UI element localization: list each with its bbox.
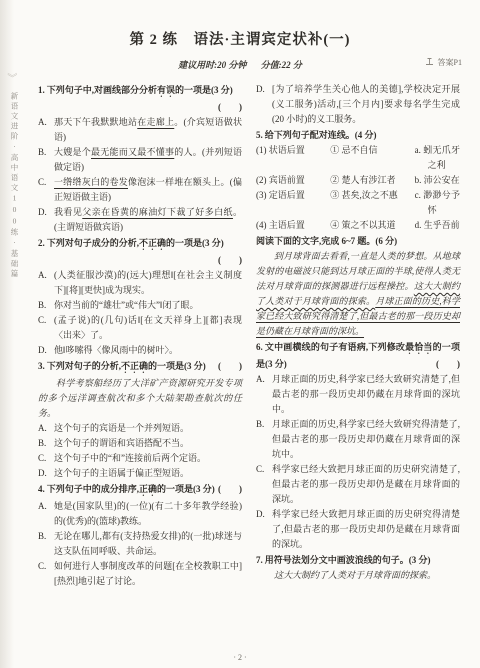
option-text: 科学家已经大致把月球正面的历史研究清楚了,但最古老的那一段历史却仍是藏在月球背面… — [272, 462, 460, 507]
option-row: A.(人类征服沙漠)的(远大)理想‖[在社会主义制度下][将][更快]成为现实。 — [38, 268, 242, 298]
option-label: D. — [256, 82, 272, 127]
match-cell: a. 蚓无爪牙之利 — [415, 143, 460, 173]
option-row: C.一绺绺灰白的卷发像泡沫一样堆在额头上。(偏正短语做主语) — [38, 175, 242, 205]
option-text: 这个句子的主语属于偏正型短语。 — [54, 466, 242, 481]
option-text: 月球正面的历史,科学家已经大致研究得清楚了,但最古老的那一段历史却仍藏在月球背面… — [272, 417, 460, 462]
match-row: (4) 主语后置 ④ 策之不以其道 d. 生乎吾前 — [256, 218, 460, 233]
answer-bracket: ( ) — [436, 357, 460, 372]
sidebar-label: 新语文进阶·高中语文100练·基础篇 — [9, 92, 20, 280]
option-label: C. — [38, 313, 54, 343]
match-cell: (4) 主语后置 — [256, 218, 330, 233]
option-text: 如何进行人事制度改革的问题[在全校教职工中][热烈]地引起了讨论。 — [54, 559, 242, 589]
option-row: C.(孟子说)的(几句)话‖[在文天祥身上][都]表现〈出来〉了。 — [38, 313, 242, 343]
target-sentence: 这大大制约了人类对于月球背面的探索。 — [256, 568, 460, 583]
match-cell: ① 忌不自信 — [330, 143, 414, 173]
option-label: B. — [38, 298, 54, 313]
option-row: D.科学家已经大致把月球正面的历史研究得清楚了,但最古老的那一段历史却仍是藏在月… — [256, 507, 460, 552]
option-label: A. — [256, 372, 272, 417]
option-label: B. — [38, 436, 54, 451]
question-stem-text: 文中画横线的句子有语病,下列修改最恰当的一项是(3 分) — [256, 342, 460, 369]
page-subtitle: 建议用时:20 分钟 分值:22 分 — [0, 58, 480, 71]
option-label: B. — [38, 529, 54, 559]
option-text: 这个句子的谓语和宾语搭配不当。 — [54, 436, 242, 451]
match-row: (2) 宾语前置 ② 楚人有涉江者 b. 沛公安在 — [256, 173, 460, 188]
option-label: B. — [256, 417, 272, 462]
option-row: A.月球正面的历史,科学家已经大致研究清楚了,但最古老的那一段历史却仍藏在月球背… — [256, 372, 460, 417]
page-title: 第 2 练 语法·主谓宾定状补(一) — [0, 28, 480, 49]
question-2: 2.下列对句子成分的分析,不正确的一项是(3 分) ( ) A.(人类征服沙漠)… — [38, 236, 242, 358]
question-stem: 4.下列句子中的成分排序,正确的一项是(3 分) ( ) — [38, 482, 242, 499]
answer-bracket: ( ) — [218, 253, 242, 268]
answer-bracket: ( ) — [218, 482, 242, 497]
option-text: 无论在哪儿,都有(支持热爱女排)的(一批)球迷与这支队伍同呼吸、共命运。 — [54, 529, 242, 559]
question-stem: 7.用符号法划分文中画波浪线的句子。(3 分) — [256, 553, 460, 568]
option-row: A.她是(国家队里)的(一位)(有二十多年教学经验)的(优秀)的(篮球)教练。 — [38, 499, 242, 529]
question-stem-text: 给下列句子配对连线。(4 分) — [265, 130, 377, 140]
answer-bracket: ( ) — [218, 359, 242, 374]
match-row: (3) 定语后置 ③ 甚矣,汝之不惠 c. 渺渺兮予怀 — [256, 188, 460, 218]
sidebar-chevron-icon: 》 — [6, 73, 21, 83]
question-number: 5. — [256, 130, 263, 140]
match-cell: c. 渺渺兮予怀 — [415, 188, 460, 218]
match-cell: ② 楚人有涉江者 — [330, 173, 414, 188]
reading-passage: 到月球背面去看看,一直是人类的梦想。从地球发射的电磁波只能到达月球正面的半球,使… — [256, 249, 460, 339]
answer-reference: 答案P1 — [424, 56, 462, 68]
option-row: A.那天下午我默默地站在走廊上。(介宾短语做状语) — [38, 115, 242, 145]
option-label: A. — [38, 115, 54, 145]
option-row: B.无论在哪儿,都有(支持热爱女排)的(一批)球迷与这支队伍同呼吸、共命运。 — [38, 529, 242, 559]
option-row: C.这个句子中的“和”连接前后两个定语。 — [38, 451, 242, 466]
answer-reference-label: 答案P1 — [438, 57, 462, 68]
question-stem-text: 下列对句子成分的分析,不正确的一项是(3 分) — [47, 238, 224, 248]
option-text: 那天下午我默默地站在走廊上。(介宾短语做状语) — [54, 115, 242, 145]
option-row: B.你对当前的“雄壮”或“伟大”‖闭了眼。 — [38, 298, 242, 313]
match-cell: ③ 甚矣,汝之不惠 — [330, 188, 414, 218]
option-text: (孟子说)的(几句)话‖[在文天祥身上][都]表现〈出来〉了。 — [54, 313, 242, 343]
match-cell: d. 生乎吾前 — [415, 218, 460, 233]
option-text: 科学家已经大致把月球正面的历史研究得清楚了,但最古老的那一段历史却仍是藏在月球背… — [272, 507, 460, 552]
question-stem: 6.文中画横线的句子有语病,下列修改最恰当的一项是(3 分) ( ) — [256, 340, 460, 372]
option-text: 我看见父亲在昏黄的麻油灯下裁了好多白纸。(主谓短语做宾语) — [54, 205, 242, 235]
question-7: 7.用符号法划分文中画波浪线的句子。(3 分) 这大大制约了人类对于月球背面的探… — [256, 553, 460, 583]
question-passage: 科学考察船经历了大洋矿产资源研究开发专项的多个远洋调查航次和多个大陆架勘查航次的… — [38, 376, 242, 421]
option-text: 她是(国家队里)的(一位)(有二十多年教学经验)的(优秀)的(篮球)教练。 — [54, 499, 242, 529]
question-1: 1.下列句子中,对画线部分分析有误的一项是(3 分) ( ) A.那天下午我默默… — [38, 83, 242, 235]
option-label: A. — [38, 268, 54, 298]
option-row: D.我看见父亲在昏黄的麻油灯下裁了好多白纸。(主谓短语做宾语) — [38, 205, 242, 235]
option-row: B.大嫂是个最无能而又最不懂事的人。(并列短语做定语) — [38, 145, 242, 175]
match-cell: b. 沛公安在 — [415, 173, 460, 188]
match-cell: (3) 定语后置 — [256, 188, 330, 218]
option-label: C. — [38, 559, 54, 589]
option-label: D. — [256, 507, 272, 552]
option-row: B.这个句子的谓语和宾语搭配不当。 — [38, 436, 242, 451]
option-text: 大嫂是个最无能而又最不懂事的人。(并列短语做定语) — [54, 145, 242, 175]
question-stem: 3.下列对句子的分析,不正确的一项是(3 分) ( ) — [38, 359, 242, 376]
match-cell: (1) 状语后置 — [256, 143, 330, 173]
worksheet-page: 》 新语文进阶·高中语文100练·基础篇 第 2 练 语法·主谓宾定状补(一) … — [0, 0, 480, 668]
option-text: 月球正面的历史,科学家已经大致研究清楚了,但最古老的那一段历史却仍藏在月球背面的… — [272, 372, 460, 417]
option-row: D.这个句子的主语属于偏正型短语。 — [38, 466, 242, 481]
option-label: D. — [38, 205, 54, 235]
option-text: 你对当前的“雄壮”或“伟大”‖闭了眼。 — [54, 298, 242, 313]
right-column: D. [为了培养学生关心他人的美德],学校决定开展(义工服务)活动,[三个月内]… — [256, 82, 460, 642]
question-4: 4.下列句子中的成分排序,正确的一项是(3 分) ( ) A.她是(国家队里)的… — [38, 482, 242, 589]
left-column: 1.下列句子中,对画线部分分析有误的一项是(3 分) ( ) A.那天下午我默默… — [38, 82, 242, 642]
page-header: 第 2 练 语法·主谓宾定状补(一) 建议用时:20 分钟 分值:22 分 — [0, 0, 480, 71]
match-row: (1) 状语后置 ① 忌不自信 a. 蚓无爪牙之利 — [256, 143, 460, 173]
question-stem-text: 下列对句子的分析,不正确的一项是(3 分) — [47, 361, 206, 371]
option-text: 这个句子的宾语是一个并列短语。 — [54, 421, 242, 436]
option-label: A. — [38, 421, 54, 436]
question-number: 2. — [38, 238, 45, 248]
option-text: 他‖哆嗦得〈像风雨中的树叶〉。 — [54, 343, 242, 358]
two-column-body: 1.下列句子中,对画线部分分析有误的一项是(3 分) ( ) A.那天下午我默默… — [38, 82, 460, 642]
option-row: B.月球正面的历史,科学家已经大致研究得清楚了,但最古老的那一段历史却仍藏在月球… — [256, 417, 460, 462]
option-text: 这个句子中的“和”连接前后两个定语。 — [54, 451, 242, 466]
option-text: (人类征服沙漠)的(远大)理想‖[在社会主义制度下][将][更快]成为现实。 — [54, 268, 242, 298]
option-row: C.如何进行人事制度改革的问题[在全校教职工中][热烈]地引起了讨论。 — [38, 559, 242, 589]
answers-icon — [424, 56, 435, 68]
match-cell: (2) 宾语前置 — [256, 173, 330, 188]
option-label: A. — [38, 499, 54, 529]
option-row: A.这个句子的宾语是一个并列短语。 — [38, 421, 242, 436]
question-stem: 5.给下列句子配对连线。(4 分) — [256, 128, 460, 143]
question-number: 7. — [256, 555, 263, 565]
question-4-option-d: D. [为了培养学生关心他人的美德],学校决定开展(义工服务)活动,[三个月内]… — [256, 82, 460, 127]
option-label: D. — [38, 343, 54, 358]
question-6: 6.文中画横线的句子有语病,下列修改最恰当的一项是(3 分) ( ) A.月球正… — [256, 340, 460, 552]
question-stem-text: 用符号法划分文中画波浪线的句子。(3 分) — [265, 555, 431, 565]
question-stem-text: 下列句子中的成分排序,正确的一项是(3 分) — [47, 484, 215, 494]
question-stem: 1.下列句子中,对画线部分分析有误的一项是(3 分) ( ) — [38, 83, 242, 115]
question-stem-text: 下列句子中,对画线部分分析有误的一项是(3 分) — [47, 85, 233, 95]
option-label: C. — [38, 451, 54, 466]
option-row: C.科学家已经大致把月球正面的历史研究清楚了,但最古老的那一段历史却仍是藏在月球… — [256, 462, 460, 507]
question-number: 1. — [38, 85, 45, 95]
answer-bracket: ( ) — [218, 100, 242, 115]
match-cell: ④ 策之不以其道 — [330, 218, 414, 233]
question-number: 4. — [38, 484, 45, 494]
option-text: [为了培养学生关心他人的美德],学校决定开展(义工服务)活动,[三个月内]要求每… — [272, 82, 460, 127]
total-score: 分值:22 分 — [261, 60, 302, 70]
option-row: D.他‖哆嗦得〈像风雨中的树叶〉。 — [38, 343, 242, 358]
option-text: 一绺绺灰白的卷发像泡沫一样堆在额头上。(偏正短语做主语) — [54, 175, 242, 205]
option-label: C. — [256, 462, 272, 507]
option-label: D. — [38, 466, 54, 481]
question-stem: 2.下列对句子成分的分析,不正确的一项是(3 分) ( ) — [38, 236, 242, 268]
question-number: 3. — [38, 361, 45, 371]
page-number: · 2 · — [0, 653, 480, 662]
option-label: B. — [38, 145, 54, 175]
reading-instruction: 阅读下面的文字,完成 6~7 题。(6 分) — [256, 234, 460, 249]
question-3: 3.下列对句子的分析,不正确的一项是(3 分) ( ) 科学考察船经历了大洋矿产… — [38, 359, 242, 481]
option-label: C. — [38, 175, 54, 205]
question-5: 5.给下列句子配对连线。(4 分) (1) 状语后置 ① 忌不自信 a. 蚓无爪… — [256, 128, 460, 233]
suggested-time: 建议用时:20 分钟 — [178, 60, 246, 70]
reading-block: 阅读下面的文字,完成 6~7 题。(6 分) 到月球背面去看看,一直是人类的梦想… — [256, 234, 460, 339]
question-number: 6. — [256, 342, 263, 352]
